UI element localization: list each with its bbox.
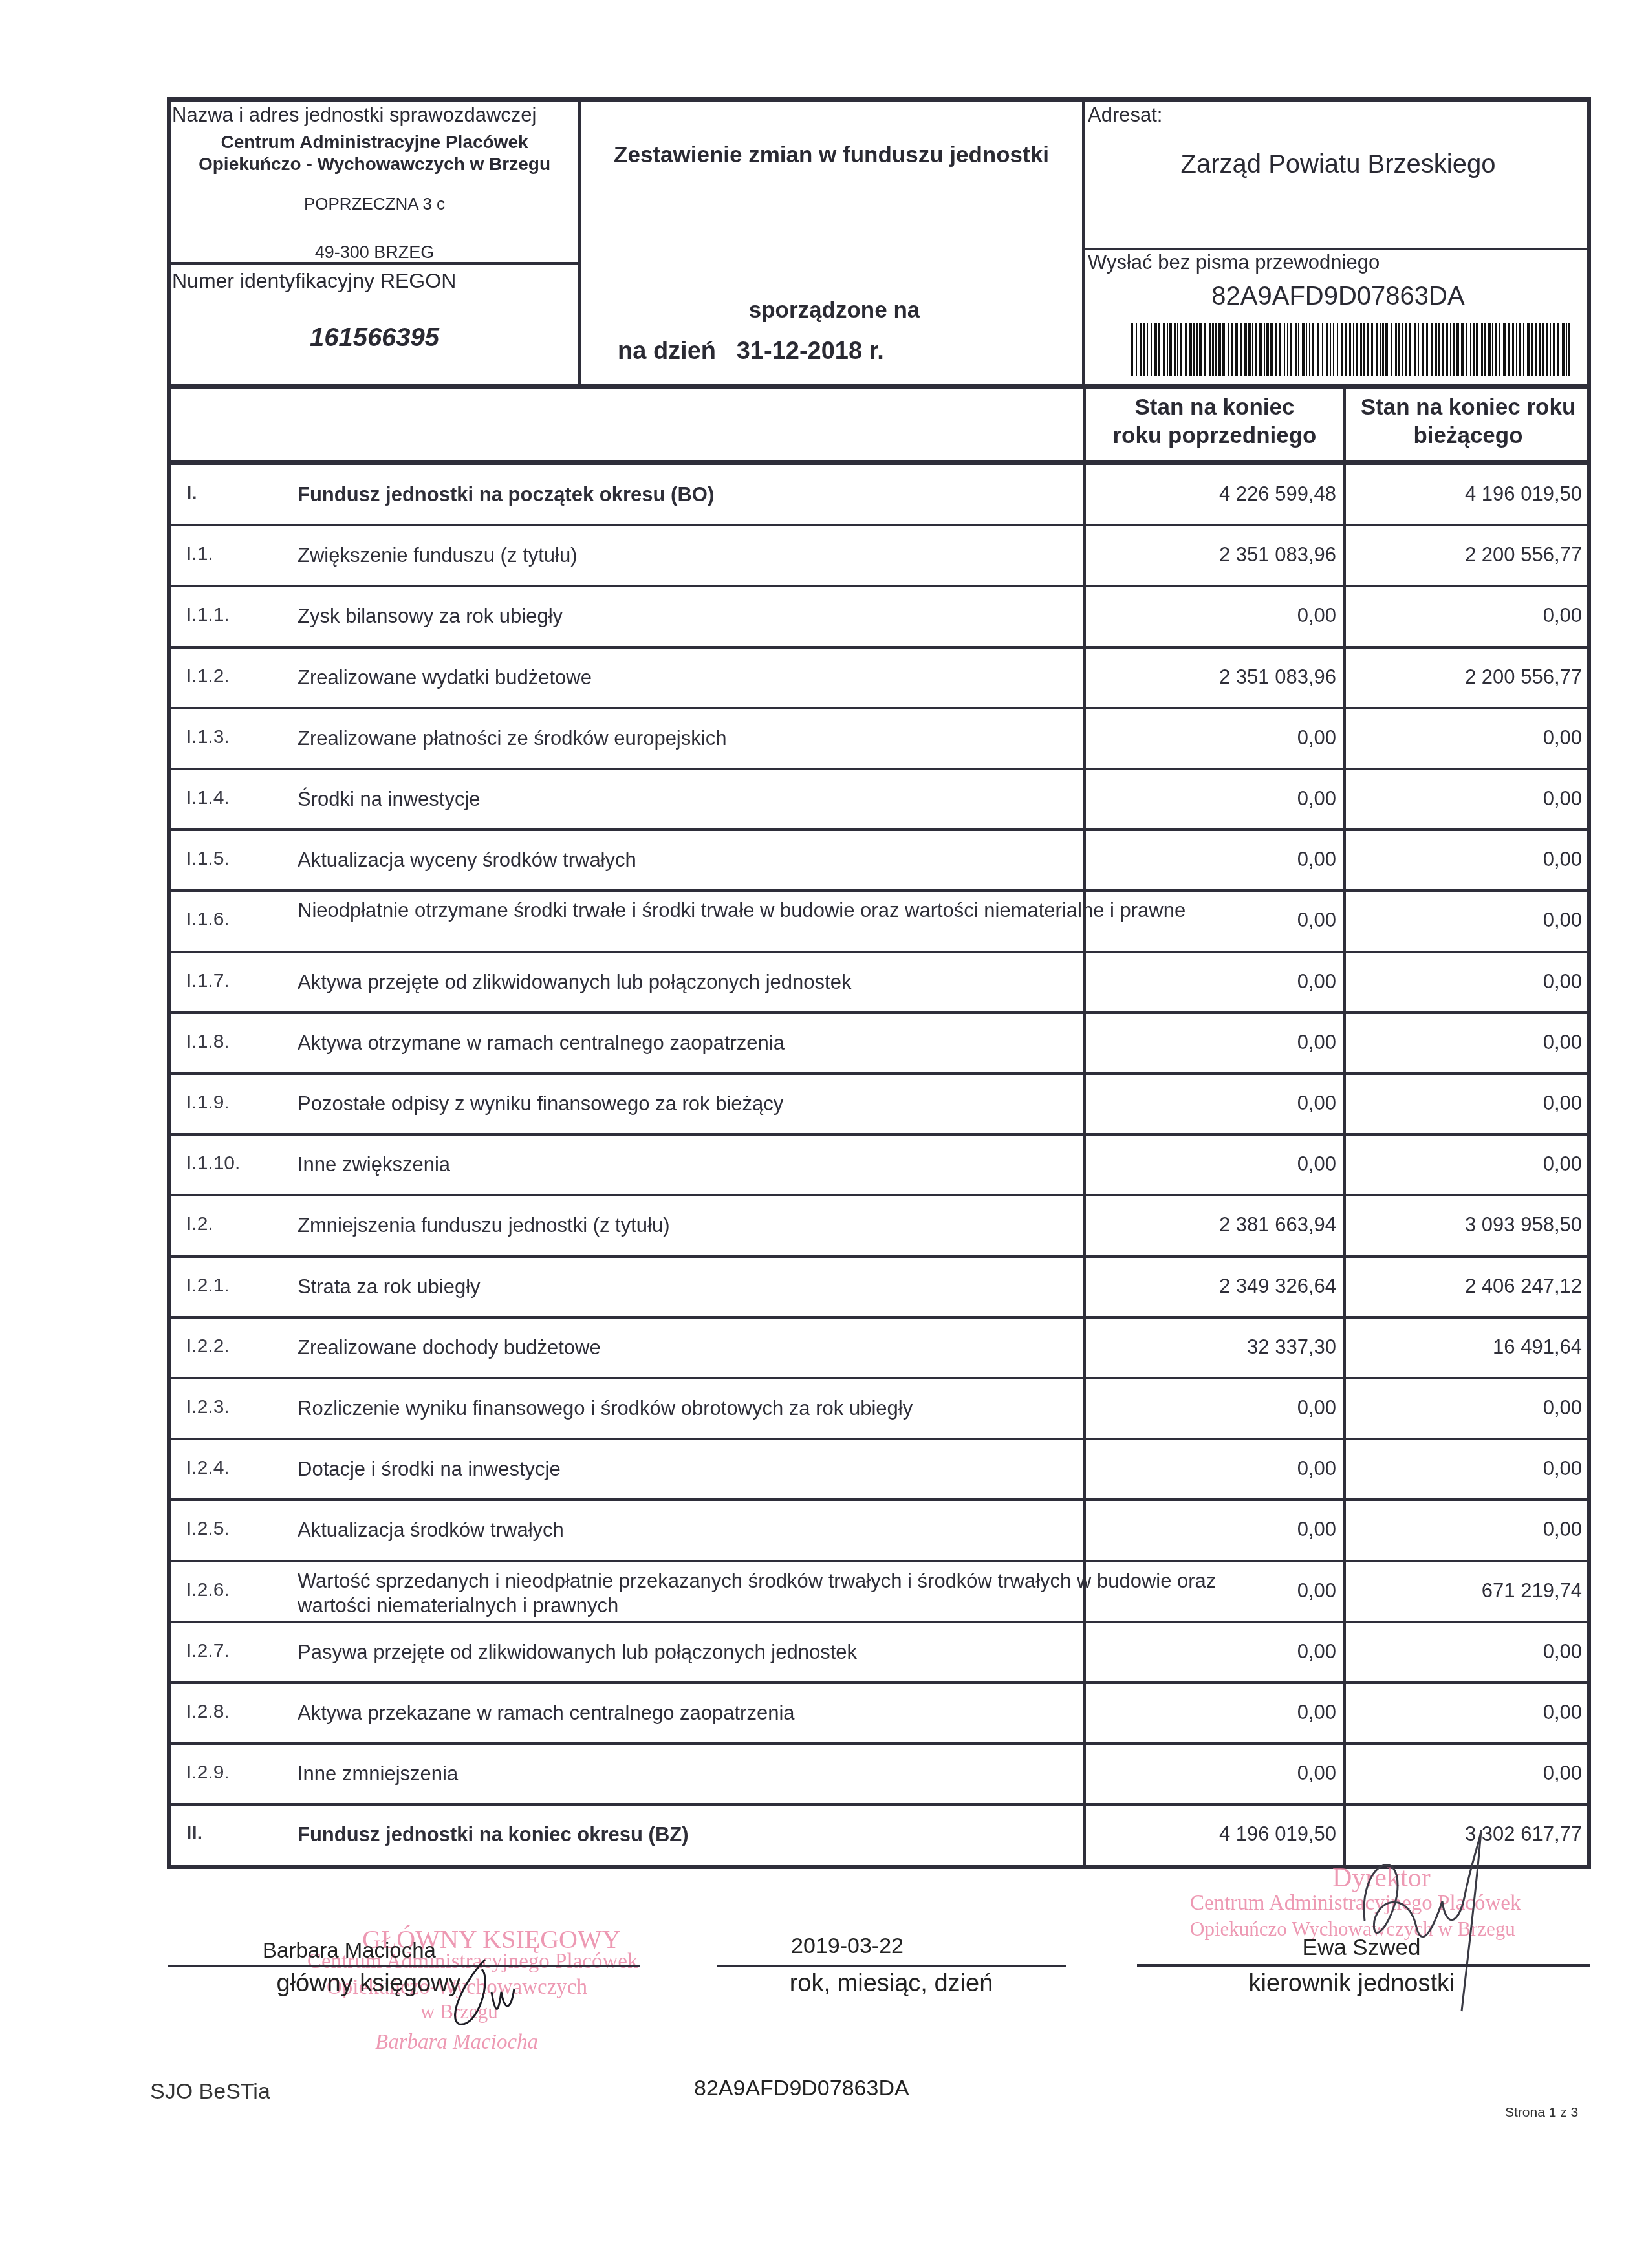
- row-label: Nieodpłatnie otrzymane środki trwałe i ś…: [298, 898, 1229, 923]
- value-prev-year: 0,00: [1297, 1640, 1336, 1663]
- row-number: I.2.1.: [186, 1275, 230, 1297]
- document-code: 82A9AFD9D07863DA: [1085, 282, 1591, 311]
- table-row: I.1.10.Inne zwiększenia0,000,00: [171, 1134, 1587, 1195]
- row-number: I.2.5.: [186, 1518, 230, 1540]
- row-label: Fundusz jednostki na koniec okresu (BZ): [298, 1822, 1229, 1847]
- barcode-bar: [1376, 323, 1378, 376]
- row-label: Środki na inwestycje: [298, 787, 1229, 812]
- barcode-bar: [1481, 323, 1483, 376]
- barcode-bar: [1363, 323, 1365, 376]
- value-prev-year: 0,00: [1297, 970, 1336, 993]
- accountant-signature-scribble: [440, 1953, 530, 2031]
- value-prev-year: 0,00: [1297, 1152, 1336, 1176]
- barcode: [1131, 323, 1572, 376]
- row-number: I.1.8.: [186, 1031, 230, 1053]
- barcode-bar: [1290, 323, 1292, 376]
- barcode-bar: [1470, 323, 1471, 376]
- row-label: Strata za rok ubiegły: [298, 1275, 1229, 1299]
- manager-name: Ewa Szwed: [1261, 1935, 1462, 1961]
- send-label: Wysłać bez pisma przewodniego: [1088, 251, 1380, 274]
- date-value: 31-12-2018 r.: [737, 338, 884, 365]
- column-header-curr: Stan na koniec roku bieżącego: [1345, 393, 1591, 450]
- barcode-bar: [1199, 323, 1202, 376]
- addressee-value: Zarząd Powiatu Brzeskiego: [1085, 150, 1591, 179]
- column-header-curr-line2: bieżącego: [1345, 422, 1591, 450]
- value-curr-year: 0,00: [1543, 604, 1582, 627]
- barcode-bar: [1330, 323, 1331, 376]
- barcode-bar: [1158, 323, 1160, 376]
- barcode-bar: [1442, 323, 1444, 376]
- value-curr-year: 0,00: [1543, 909, 1582, 932]
- barcode-bar: [1204, 323, 1206, 376]
- value-prev-year: 0,00: [1297, 848, 1336, 871]
- unit-name-line2: Opiekuńczo - Wychowawczych w Brzegu: [171, 154, 578, 175]
- barcode-bar: [1409, 323, 1411, 376]
- row-label: Wartość sprzedanych i nieodpłatnie przek…: [298, 1569, 1229, 1618]
- barcode-bar: [1270, 323, 1273, 376]
- table-row: I.2.4.Dotacje i środki na inwestycje0,00…: [171, 1439, 1587, 1500]
- barcode-bar: [1435, 323, 1437, 376]
- value-curr-year: 16 491,64: [1493, 1335, 1582, 1359]
- table-row: I.2.2.Zrealizowane dochody budżetowe32 3…: [171, 1317, 1587, 1378]
- barcode-bar: [1418, 323, 1419, 376]
- barcode-bar: [1177, 323, 1178, 376]
- column-header-prev-line1: Stan na koniec: [1085, 393, 1344, 422]
- row-label: Aktualizacja środków trwałych: [298, 1518, 1229, 1542]
- barcode-bar: [1402, 323, 1403, 376]
- table-row: I.2.7.Pasywa przejęte od zlikwidowanych …: [171, 1622, 1587, 1683]
- barcode-bar: [1523, 323, 1524, 376]
- row-label: Aktualizacja wyceny środków trwałych: [298, 848, 1229, 872]
- barcode-bar: [1512, 323, 1514, 376]
- send-divider: [1083, 248, 1591, 250]
- row-number: I.1.: [186, 543, 213, 565]
- barcode-bar: [1317, 323, 1319, 376]
- row-number: I.2.: [186, 1213, 213, 1235]
- barcode-bar: [1484, 323, 1486, 376]
- table-row: I.2.5.Aktualizacja środków trwałych0,000…: [171, 1500, 1587, 1561]
- barcode-bar: [1180, 323, 1182, 376]
- barcode-bar: [1151, 323, 1152, 376]
- row-number: I.1.1.: [186, 604, 230, 626]
- barcode-bar: [1395, 323, 1397, 376]
- manager-signature-line: [1137, 1964, 1590, 1967]
- value-prev-year: 0,00: [1297, 1579, 1336, 1603]
- value-prev-year: 0,00: [1297, 1762, 1336, 1785]
- row-label: Aktywa przejęte od zlikwidowanych lub po…: [298, 970, 1229, 995]
- barcode-bar: [1244, 323, 1247, 376]
- barcode-bar: [1287, 323, 1288, 376]
- barcode-bar: [1456, 323, 1459, 376]
- barcode-bar: [1215, 323, 1217, 376]
- barcode-bar: [1231, 323, 1233, 376]
- accountant-stamp-name: Barbara Maciocha: [375, 2031, 538, 2055]
- table-row: I.2.1.Strata za rok ubiegły2 349 326,642…: [171, 1257, 1587, 1317]
- barcode-bar: [1306, 323, 1307, 376]
- barcode-bar: [1143, 323, 1145, 376]
- row-label: Aktywa otrzymane w ramach centralnego za…: [298, 1031, 1229, 1055]
- barcode-bar: [1422, 323, 1424, 376]
- barcode-bar: [1353, 323, 1354, 376]
- barcode-bar: [1275, 323, 1277, 376]
- value-prev-year: 32 337,30: [1247, 1335, 1336, 1359]
- value-curr-year: 0,00: [1543, 970, 1582, 993]
- barcode-bar: [1516, 323, 1517, 376]
- barcode-bar: [1476, 323, 1478, 376]
- barcode-bar: [1322, 323, 1323, 376]
- barcode-bar: [1298, 323, 1299, 376]
- value-prev-year: 0,00: [1297, 726, 1336, 750]
- unit-city: 49-300 BRZEG: [171, 243, 578, 263]
- barcode-bar: [1193, 323, 1195, 376]
- value-curr-year: 4 196 019,50: [1465, 482, 1582, 506]
- row-number: I.1.6.: [186, 909, 230, 931]
- barcode-bar: [1382, 323, 1384, 376]
- value-curr-year: 0,00: [1543, 1396, 1582, 1420]
- row-number: I.1.2.: [186, 665, 230, 687]
- value-curr-year: 671 219,74: [1482, 1579, 1582, 1603]
- barcode-bar: [1495, 323, 1497, 376]
- accountant-name: Barbara Maciocha: [233, 1938, 466, 1963]
- row-label: Pozostałe odpisy z wyniku finansowego za…: [298, 1092, 1229, 1116]
- barcode-bar: [1279, 323, 1281, 376]
- barcode-bar: [1414, 323, 1416, 376]
- value-curr-year: 0,00: [1543, 1640, 1582, 1663]
- barcode-bar: [1453, 323, 1455, 376]
- barcode-bar: [1535, 323, 1537, 376]
- date-signature-line: [717, 1965, 1066, 1967]
- value-curr-year: 2 200 556,77: [1465, 543, 1582, 567]
- table-row: I.1.7.Aktywa przejęte od zlikwidowanych …: [171, 952, 1587, 1013]
- barcode-bar: [1212, 323, 1214, 376]
- header-bottom-border: [167, 384, 1591, 389]
- table-row: I.Fundusz jednostki na początek okresu (…: [171, 464, 1587, 525]
- barcode-bar: [1248, 323, 1251, 376]
- barcode-bar: [1140, 323, 1142, 376]
- barcode-bar: [1295, 323, 1297, 376]
- barcode-bar: [1218, 323, 1221, 376]
- barcode-bar: [1228, 323, 1229, 376]
- row-number: I.2.6.: [186, 1579, 230, 1601]
- document-title: Zestawienie zmian w funduszu jednostki: [581, 142, 1082, 168]
- barcode-bar: [1341, 323, 1343, 376]
- row-number: I.1.10.: [186, 1152, 240, 1174]
- barcode-bar: [1222, 323, 1225, 376]
- barcode-bar: [1349, 323, 1351, 376]
- unit-street: POPRZECZNA 3 c: [171, 194, 578, 214]
- row-number: I.2.4.: [186, 1457, 230, 1479]
- value-prev-year: 0,00: [1297, 787, 1336, 810]
- regon-value: 161566395: [171, 323, 578, 352]
- barcode-bar: [1255, 323, 1257, 376]
- barcode-bar: [1309, 323, 1310, 376]
- barcode-bar: [1519, 323, 1521, 376]
- row-label: Zwiększenie funduszu (z tytułu): [298, 543, 1229, 568]
- barcode-bar: [1356, 323, 1358, 376]
- row-label: Inne zwiększenia: [298, 1152, 1229, 1177]
- table-row: I.2.3.Rozliczenie wyniku finansowego i ś…: [171, 1378, 1587, 1439]
- barcode-bar: [1431, 323, 1433, 376]
- column-header-prev-line2: roku poprzedniego: [1085, 422, 1344, 450]
- value-prev-year: 0,00: [1297, 1701, 1336, 1724]
- barcode-bar: [1259, 323, 1262, 376]
- barcode-bar: [1136, 323, 1137, 376]
- value-prev-year: 2 351 083,96: [1219, 543, 1336, 567]
- barcode-bar: [1185, 323, 1187, 376]
- date-label: na dzień: [618, 338, 716, 365]
- barcode-bar: [1169, 323, 1172, 376]
- barcode-bar: [1542, 323, 1544, 376]
- regon-label: Numer identyfikacyjny REGON: [172, 269, 456, 293]
- barcode-bar: [1333, 323, 1334, 376]
- value-prev-year: 0,00: [1297, 1092, 1336, 1115]
- manager-role: kierownik jednostki: [1177, 1970, 1526, 1998]
- row-label: Zrealizowane wydatki budżetowe: [298, 665, 1229, 690]
- barcode-bar: [1546, 323, 1548, 376]
- barcode-bar: [1461, 323, 1464, 376]
- barcode-bar: [1450, 323, 1451, 376]
- barcode-bar: [1553, 323, 1555, 376]
- barcode-bar: [1167, 323, 1168, 376]
- barcode-bar: [1163, 323, 1165, 376]
- addressee-label: Adresat:: [1088, 103, 1162, 127]
- table-row: I.1.2.Zrealizowane wydatki budżetowe2 35…: [171, 647, 1587, 708]
- table-row: I.1.5.Aktualizacja wyceny środków trwały…: [171, 830, 1587, 891]
- row-label: Fundusz jednostki na początek okresu (BO…: [298, 482, 1229, 507]
- value-prev-year: 0,00: [1297, 1518, 1336, 1541]
- barcode-bar: [1473, 323, 1475, 376]
- column-header-prev: Stan na koniec roku poprzedniego: [1085, 393, 1344, 450]
- barcode-bar: [1568, 323, 1570, 376]
- row-number: I.1.9.: [186, 1092, 230, 1114]
- barcode-bar: [1345, 323, 1347, 376]
- value-curr-year: 2 200 556,77: [1465, 665, 1582, 689]
- value-prev-year: 2 381 663,94: [1219, 1213, 1336, 1237]
- value-curr-year: 0,00: [1543, 1518, 1582, 1541]
- barcode-bar: [1438, 323, 1440, 376]
- barcode-bar: [1235, 323, 1238, 376]
- value-curr-year: 2 406 247,12: [1465, 1275, 1582, 1298]
- value-prev-year: 0,00: [1297, 1457, 1336, 1480]
- barcode-bar: [1252, 323, 1253, 376]
- barcode-bar: [1492, 323, 1493, 376]
- table-row: I.1.4.Środki na inwestycje0,000,00: [171, 769, 1587, 830]
- accountant-signature-line: [168, 1965, 640, 1967]
- value-curr-year: 0,00: [1543, 1092, 1582, 1115]
- value-curr-year: 0,00: [1543, 1701, 1582, 1724]
- row-number: I.1.7.: [186, 970, 230, 992]
- barcode-bar: [1264, 323, 1265, 376]
- report-date: na dzień 31-12-2018 r.: [618, 338, 884, 365]
- barcode-bar: [1466, 323, 1467, 376]
- barcode-bar: [1209, 323, 1211, 376]
- table-row: I.1.9.Pozostałe odpisy z wyniku finansow…: [171, 1074, 1587, 1134]
- barcode-bar: [1527, 323, 1530, 376]
- unit-label: Nazwa i adres jednostki sprawozdawczej: [172, 103, 536, 127]
- barcode-bar: [1531, 323, 1533, 376]
- value-curr-year: 0,00: [1543, 848, 1582, 871]
- value-curr-year: 0,00: [1543, 787, 1582, 810]
- barcode-bar: [1380, 323, 1381, 376]
- value-curr-year: 0,00: [1543, 1152, 1582, 1176]
- value-prev-year: 2 349 326,64: [1219, 1275, 1336, 1298]
- barcode-bar: [1131, 323, 1133, 376]
- footer-software: SJO BeSTia: [150, 2079, 270, 2104]
- barcode-bar: [1508, 323, 1510, 376]
- row-label: Zmniejszenia funduszu jednostki (z tytuł…: [298, 1213, 1229, 1238]
- barcode-bar: [1240, 323, 1242, 376]
- row-number: I.1.3.: [186, 726, 230, 748]
- row-label: Aktywa przekazane w ramach centralnego z…: [298, 1701, 1229, 1725]
- value-curr-year: 0,00: [1543, 1031, 1582, 1054]
- table-row: I.1.6.Nieodpłatnie otrzymane środki trwa…: [171, 891, 1587, 951]
- barcode-bar: [1337, 323, 1338, 376]
- row-label: Inne zmniejszenia: [298, 1762, 1229, 1786]
- barcode-bar: [1398, 323, 1400, 376]
- prepared-label: sporządzone na: [647, 297, 1022, 323]
- table-row: I.2.8.Aktywa przekazane w ramach central…: [171, 1683, 1587, 1744]
- value-prev-year: 2 351 083,96: [1219, 665, 1336, 689]
- barcode-bar: [1147, 323, 1148, 376]
- barcode-bar: [1367, 323, 1369, 376]
- barcode-bar: [1550, 323, 1551, 376]
- value-prev-year: 0,00: [1297, 1396, 1336, 1420]
- value-prev-year: 4 226 599,48: [1219, 482, 1336, 506]
- value-curr-year: 3 093 958,50: [1465, 1213, 1582, 1237]
- footer-page-number: Strona 1 z 3: [1505, 2105, 1578, 2121]
- barcode-bar: [1189, 323, 1192, 376]
- barcode-bar: [1174, 323, 1176, 376]
- value-prev-year: 4 196 019,50: [1219, 1822, 1336, 1846]
- barcode-bar: [1154, 323, 1157, 376]
- barcode-bar: [1566, 323, 1567, 376]
- barcode-bar: [1302, 323, 1305, 376]
- value-curr-year: 0,00: [1543, 1457, 1582, 1480]
- row-label: Pasywa przejęte od zlikwidowanych lub po…: [298, 1640, 1229, 1665]
- table-row: I.1.3.Zrealizowane płatności ze środków …: [171, 708, 1587, 769]
- date-caption: rok, miesiąc, dzień: [717, 1970, 1066, 1998]
- signature-date: 2019-03-22: [718, 1934, 977, 1959]
- barcode-bar: [1360, 323, 1362, 376]
- row-number: I.2.2.: [186, 1335, 230, 1357]
- barcode-bar: [1326, 323, 1328, 376]
- row-number: I.1.4.: [186, 787, 230, 809]
- barcode-bar: [1266, 323, 1269, 376]
- table-row: I.1.Zwiększenie funduszu (z tytułu)2 351…: [171, 525, 1587, 586]
- table-row: I.1.8.Aktywa otrzymane w ramach centraln…: [171, 1013, 1587, 1074]
- table-row: I.2.9.Inne zmniejszenia0,000,00: [171, 1744, 1587, 1804]
- table-row: I.2.6.Wartość sprzedanych i nieodpłatnie…: [171, 1561, 1587, 1622]
- barcode-bar: [1385, 323, 1388, 376]
- barcode-bar: [1499, 323, 1500, 376]
- row-number: I.2.8.: [186, 1701, 230, 1723]
- row-label: Rozliczenie wyniku finansowego i środków…: [298, 1396, 1229, 1421]
- value-curr-year: 0,00: [1543, 726, 1582, 750]
- row-number: I.2.3.: [186, 1396, 230, 1418]
- value-prev-year: 0,00: [1297, 1031, 1336, 1054]
- barcode-bar: [1562, 323, 1565, 376]
- value-prev-year: 0,00: [1297, 604, 1336, 627]
- row-label: Zrealizowane dochody budżetowe: [298, 1335, 1229, 1360]
- row-label: Zrealizowane płatności ze środków europe…: [298, 726, 1229, 751]
- row-number: I.: [186, 482, 197, 504]
- row-label: Dotacje i środki na inwestycje: [298, 1457, 1229, 1482]
- barcode-bar: [1446, 323, 1448, 376]
- row-number: I.2.9.: [186, 1762, 230, 1784]
- barcode-bar: [1405, 323, 1407, 376]
- row-number: II.: [186, 1822, 202, 1844]
- barcode-bar: [1391, 323, 1392, 376]
- barcode-bar: [1503, 323, 1506, 376]
- table-row: I.1.1.Zysk bilansowy za rok ubiegły0,000…: [171, 586, 1587, 647]
- barcode-bar: [1488, 323, 1491, 376]
- barcode-bar: [1371, 323, 1373, 376]
- barcode-bar: [1539, 323, 1541, 376]
- barcode-bar: [1557, 323, 1559, 376]
- column-header-curr-line1: Stan na koniec roku: [1345, 393, 1591, 422]
- header-divider-right: [1082, 97, 1085, 386]
- barcode-bar: [1312, 323, 1314, 376]
- barcode-bar: [1284, 323, 1285, 376]
- barcode-bar: [1196, 323, 1198, 376]
- value-curr-year: 0,00: [1543, 1762, 1582, 1785]
- table-row: I.2.Zmniejszenia funduszu jednostki (z t…: [171, 1195, 1587, 1256]
- footer-document-code: 82A9AFD9D07863DA: [694, 2076, 909, 2101]
- value-prev-year: 0,00: [1297, 909, 1336, 932]
- row-number: I.1.5.: [186, 848, 230, 870]
- row-label: Zysk bilansowy za rok ubiegły: [298, 604, 1229, 629]
- row-number: I.2.7.: [186, 1640, 230, 1662]
- barcode-bar: [1426, 323, 1428, 376]
- unit-name-line1: Centrum Administracyjne Placówek: [171, 132, 578, 153]
